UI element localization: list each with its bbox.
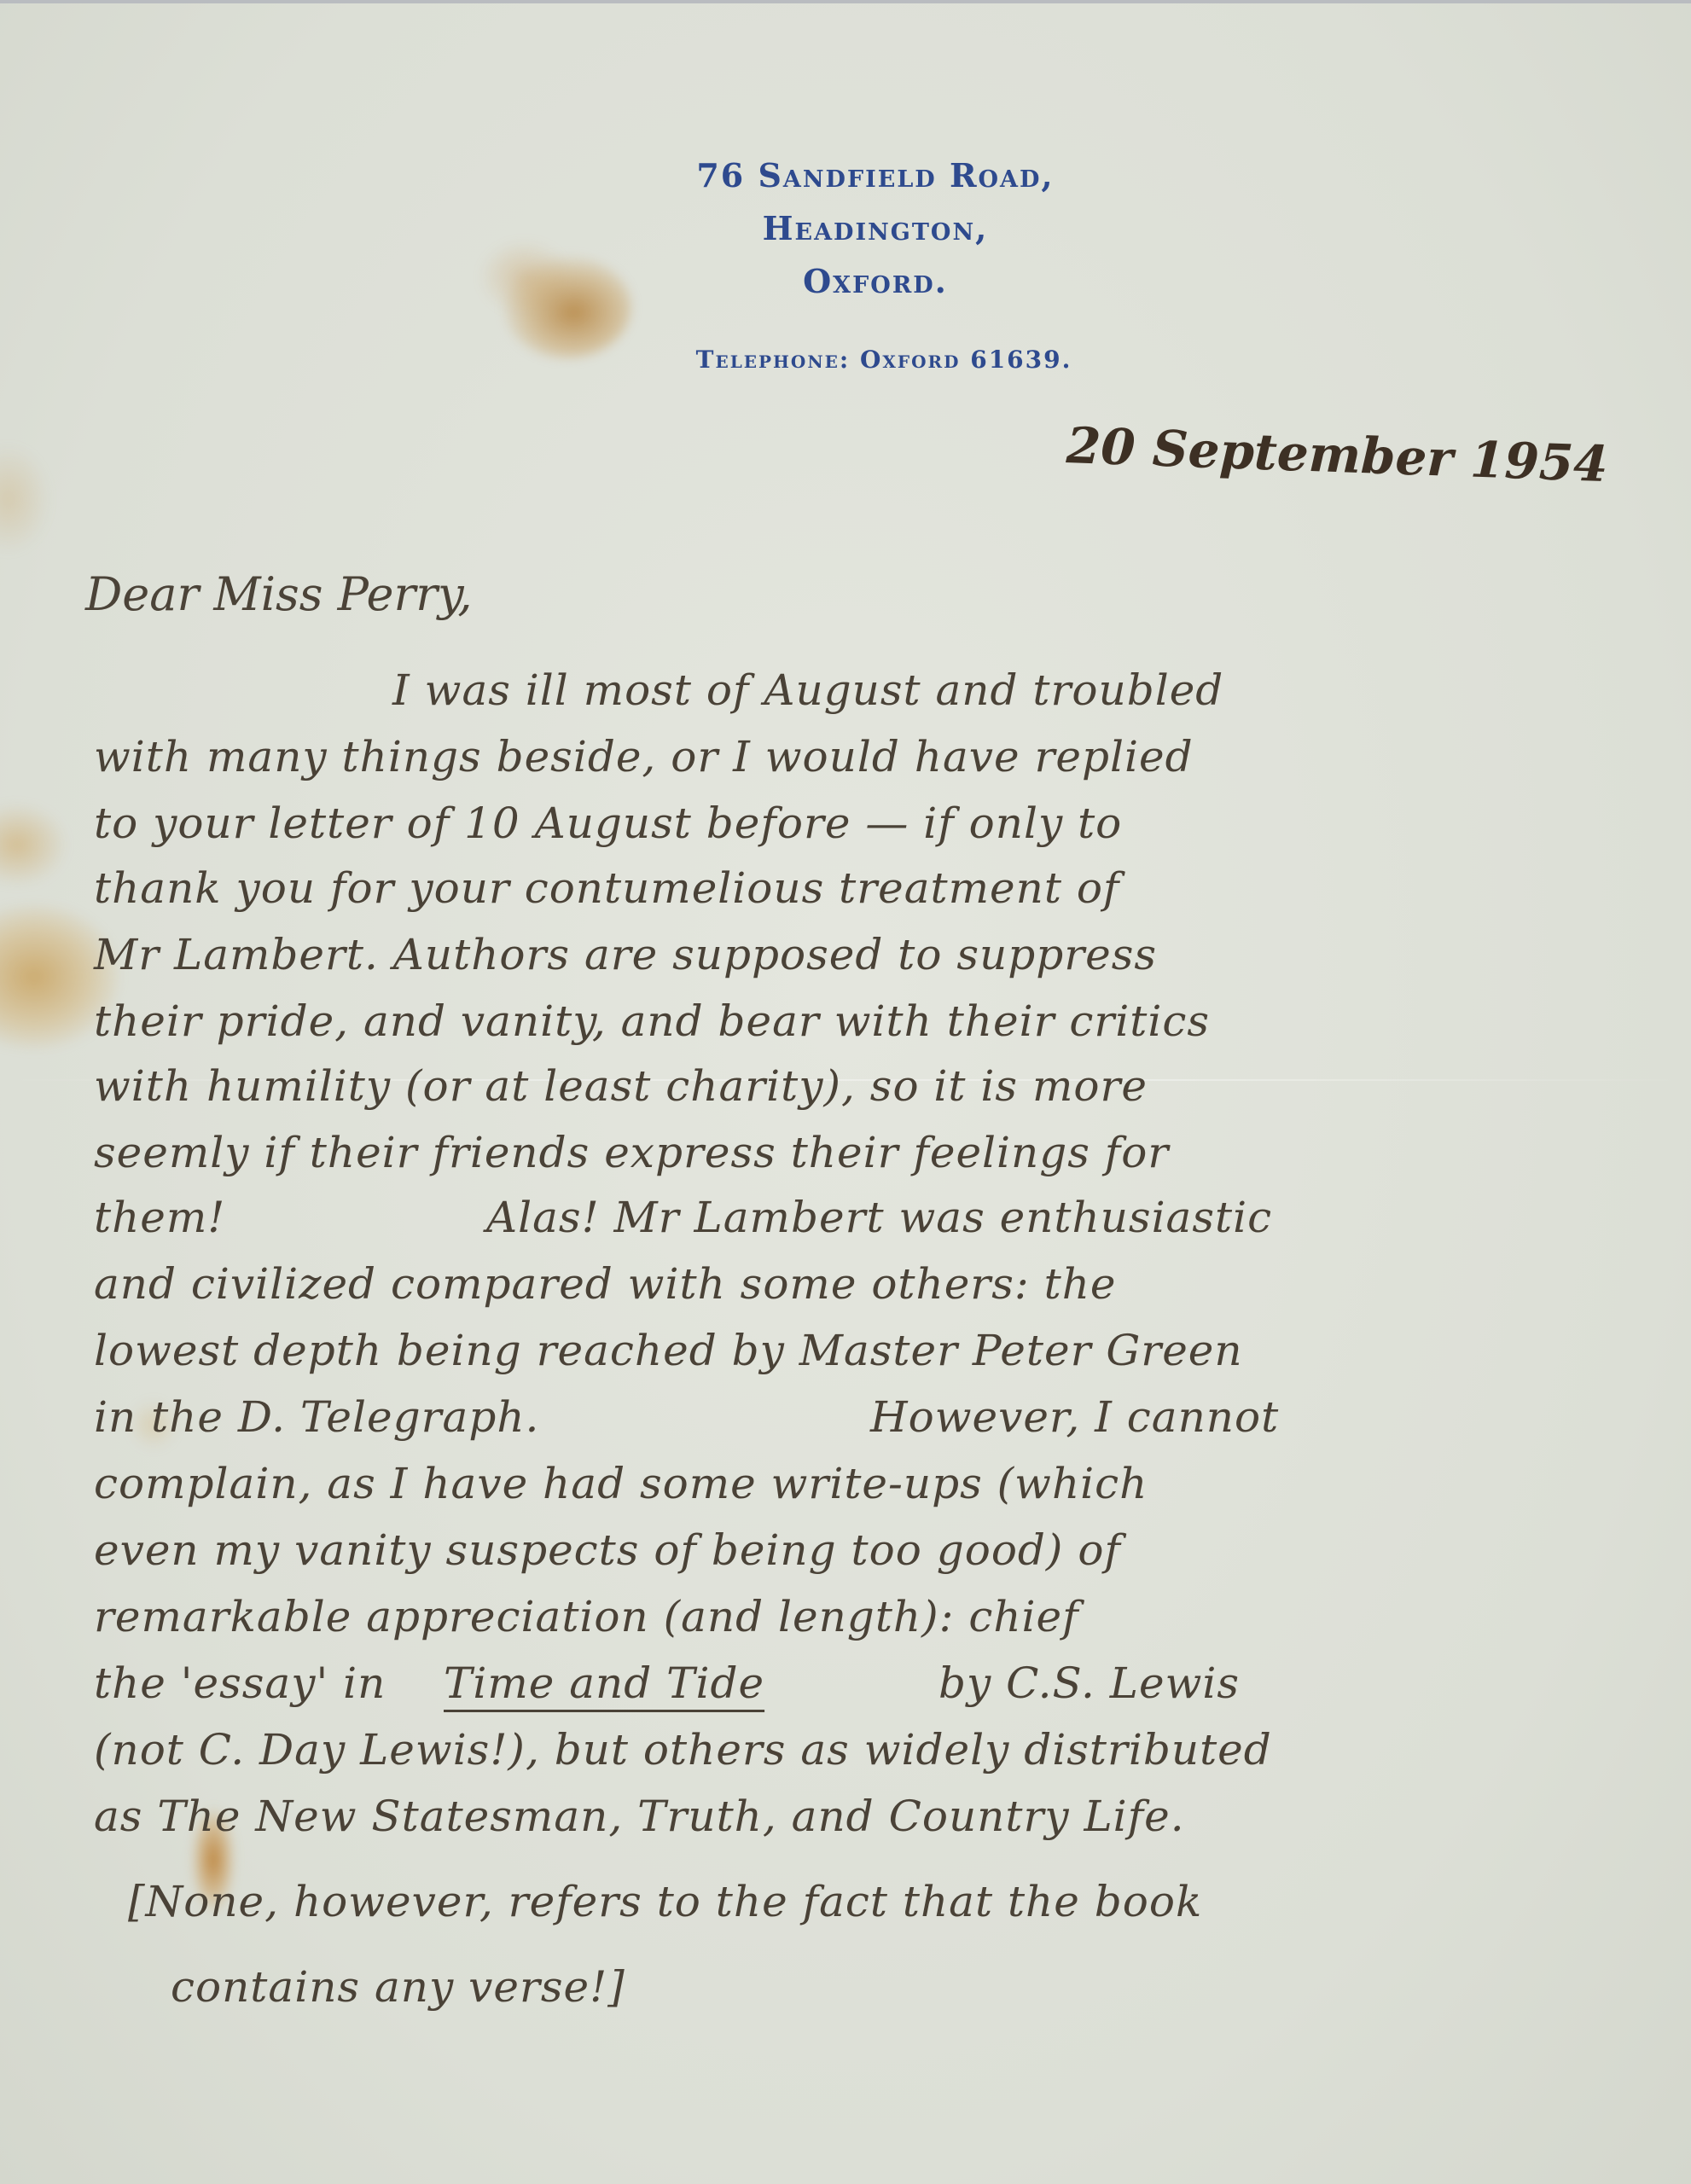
- foxing-stain: [0, 444, 51, 555]
- letter-line: I was ill most of August and troubled: [94, 665, 1223, 715]
- letter-page: 76 Sandfield Road, Headington, Oxford. T…: [0, 0, 1691, 2184]
- letterhead-district: Headington,: [60, 202, 1691, 255]
- letter-line: by C.S. Lewis: [938, 1658, 1240, 1708]
- publication-title-time-and-tide: Time and Tide: [444, 1658, 764, 1708]
- foxing-stain: [0, 802, 68, 887]
- paper-top-edge: [0, 0, 1691, 3]
- letter-line: Alas! Mr Lambert was enthusiastic: [486, 1193, 1272, 1242]
- letter-line: in the D. Telegraph.: [94, 1392, 539, 1442]
- letter-line: them!: [94, 1193, 225, 1242]
- letter-line: seemly if their friends express their fe…: [94, 1128, 1169, 1177]
- letterhead-telephone: Telephone: Oxford 61639.: [77, 334, 1691, 386]
- letterhead-street: 76 Sandfield Road,: [60, 149, 1691, 202]
- letter-line: [None, however, refers to the fact that …: [128, 1877, 1202, 1926]
- letter-line: with many things beside, or I would have…: [94, 732, 1194, 781]
- letter-line: the 'essay' in: [94, 1658, 386, 1708]
- letterhead: 76 Sandfield Road, Headington, Oxford. T…: [0, 149, 1691, 386]
- letter-line: as The New Statesman, Truth, and Country…: [94, 1792, 1185, 1841]
- letter-line: with humility (or at least charity), so …: [94, 1061, 1148, 1111]
- letter-line: to your letter of 10 August before — if …: [94, 799, 1122, 848]
- letter-salutation: Dear Miss Perry,: [85, 567, 473, 621]
- letter-line: remarkable appreciation (and length): ch…: [94, 1592, 1079, 1641]
- letter-line: their pride, and vanity, and bear with t…: [94, 996, 1210, 1046]
- letter-line: and civilized compared with some others:…: [94, 1259, 1117, 1309]
- letter-line: contains any verse!]: [171, 1962, 625, 2012]
- letter-line: even my vanity suspects of being too goo…: [94, 1525, 1121, 1575]
- letter-line: complain, as I have had some write-ups (…: [94, 1459, 1148, 1508]
- letter-line: (not C. Day Lewis!), but others as widel…: [94, 1725, 1272, 1774]
- letter-line: lowest depth being reached by Master Pet…: [94, 1326, 1243, 1375]
- letter-date: 20 September 1954: [1066, 416, 1609, 493]
- letter-line: thank you for your contumelious treatmen…: [94, 863, 1119, 913]
- letterhead-city: Oxford.: [60, 255, 1691, 308]
- letter-line: Mr Lambert. Authors are supposed to supp…: [94, 930, 1157, 979]
- letter-line: However, I cannot: [870, 1392, 1279, 1442]
